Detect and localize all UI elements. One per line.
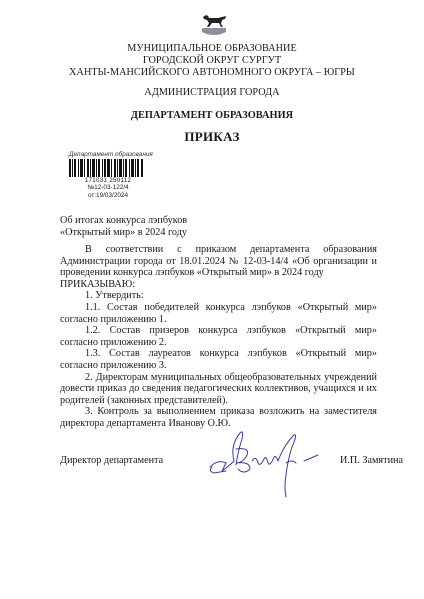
header-region: ХАНТЫ-МАНСИЙСКОГО АВТОНОМНОГО ОКРУГА – Ю… — [0, 67, 424, 79]
signatory-name: И.П. Замятина — [340, 455, 403, 466]
stamp-department: Департамент образования — [69, 151, 153, 158]
document-body: В соответствии с приказом департамента о… — [60, 244, 377, 430]
document-subject: Об итогах конкурса лэпбуков «Открытый ми… — [60, 215, 187, 238]
signatory-position: Директор департамента — [60, 455, 163, 466]
order-item-1-3: 1.3. Состав лауреатов конкурса лэпбуков … — [60, 348, 377, 371]
stamp-barcode-digits: 171031 250112 — [68, 177, 148, 184]
handwritten-signature-icon — [200, 425, 340, 505]
coat-of-arms-icon — [196, 8, 232, 38]
header-municipality: МУНИЦИПАЛЬНОЕ ОБРАЗОВАНИЕ — [0, 43, 424, 55]
order-word: ПРИКАЗЫВАЮ: — [60, 279, 377, 291]
order-item-1: 1. Утвердить: — [60, 290, 377, 302]
header-administration: АДМИНИСТРАЦИЯ ГОРОДА — [0, 87, 424, 99]
stamp-date: от:19/03/2024 — [68, 192, 148, 199]
barcode-icon — [69, 159, 143, 177]
order-item-1-1: 1.1. Состав победителей конкурса лэпбуко… — [60, 302, 377, 325]
stamp-number: №12-03-122/4 — [68, 184, 148, 191]
document-page: МУНИЦИПАЛЬНОЕ ОБРАЗОВАНИЕ ГОРОДСКОЙ ОКРУ… — [0, 0, 424, 599]
order-item-1-2: 1.2. Состав призеров конкурса лэпбуков «… — [60, 325, 377, 348]
preamble-paragraph: В соответствии с приказом департамента о… — [60, 244, 377, 279]
registration-stamp: Департамент образования 171031 250112 №1… — [63, 151, 155, 203]
header-okrug: ГОРОДСКОЙ ОКРУГ СУРГУТ — [0, 55, 424, 67]
header-department: ДЕПАРТАМЕНТ ОБРАЗОВАНИЯ — [0, 110, 424, 122]
order-item-2: 2. Директорам муниципальных общеобразова… — [60, 372, 377, 407]
subject-line-1: Об итогах конкурса лэпбуков — [60, 215, 187, 227]
subject-line-2: «Открытый мир» в 2024 году — [60, 227, 187, 239]
document-type-title: ПРИКАЗ — [0, 131, 424, 143]
